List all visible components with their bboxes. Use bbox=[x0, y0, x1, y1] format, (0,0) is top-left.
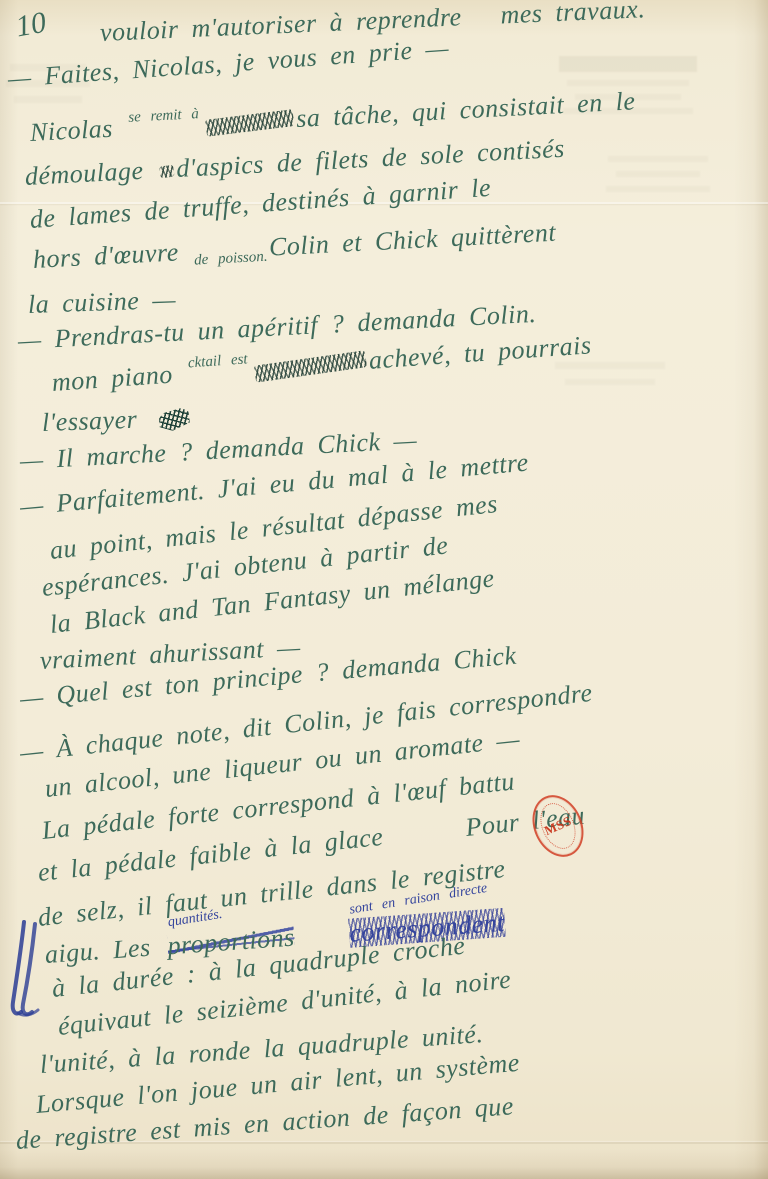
text-segment: la cuisine — bbox=[27, 285, 176, 319]
text-segment: hors d'œuvre bbox=[32, 237, 179, 274]
text-segment: aigu. Les bbox=[44, 933, 152, 969]
text-segment: Nicolas bbox=[29, 114, 113, 147]
text-segment: démoulage bbox=[24, 156, 144, 191]
scribbled-out-word bbox=[254, 350, 367, 382]
manuscript-line: l'essayer bbox=[42, 405, 191, 436]
page-number: 10 bbox=[13, 6, 48, 45]
insertion-above: se remit à bbox=[128, 106, 199, 126]
text-segment: l'essayer bbox=[41, 405, 137, 437]
spacing-gap bbox=[475, 24, 501, 25]
text-segment: Colin et Chick quittèrent bbox=[268, 218, 556, 262]
manuscript-line: — Faites, Nicolas, je vous en prie — bbox=[7, 35, 450, 92]
text-segment: mon piano bbox=[51, 360, 174, 397]
scribbled-out-word bbox=[205, 109, 294, 137]
hatched-box-doodle bbox=[157, 407, 192, 433]
manuscript-line: la cuisine — bbox=[28, 287, 177, 318]
inline-insertion: de poisson. bbox=[194, 249, 268, 269]
spacing-gap bbox=[397, 836, 467, 843]
text-segment: d'aspics de filets de sole contisés bbox=[176, 134, 566, 183]
bleedthrough-ghost bbox=[598, 150, 718, 214]
text-segment: achevé, tu pourrais bbox=[368, 330, 592, 374]
text-segment: sa tâche, qui consistait en le bbox=[295, 86, 636, 133]
manuscript-page: 10 vouloir m'autoriser à reprendre mes t… bbox=[0, 0, 768, 1179]
library-stamp: MSS bbox=[523, 787, 593, 865]
scribbled-out-word bbox=[159, 165, 174, 179]
blue-margin-mark bbox=[8, 920, 42, 1020]
insertion-above: cktail est bbox=[187, 351, 248, 371]
bleedthrough-ghost bbox=[545, 356, 675, 418]
text-segment: mes travaux. bbox=[500, 0, 646, 30]
text-segment: — Faites, Nicolas, je vous en prie — bbox=[7, 33, 450, 93]
